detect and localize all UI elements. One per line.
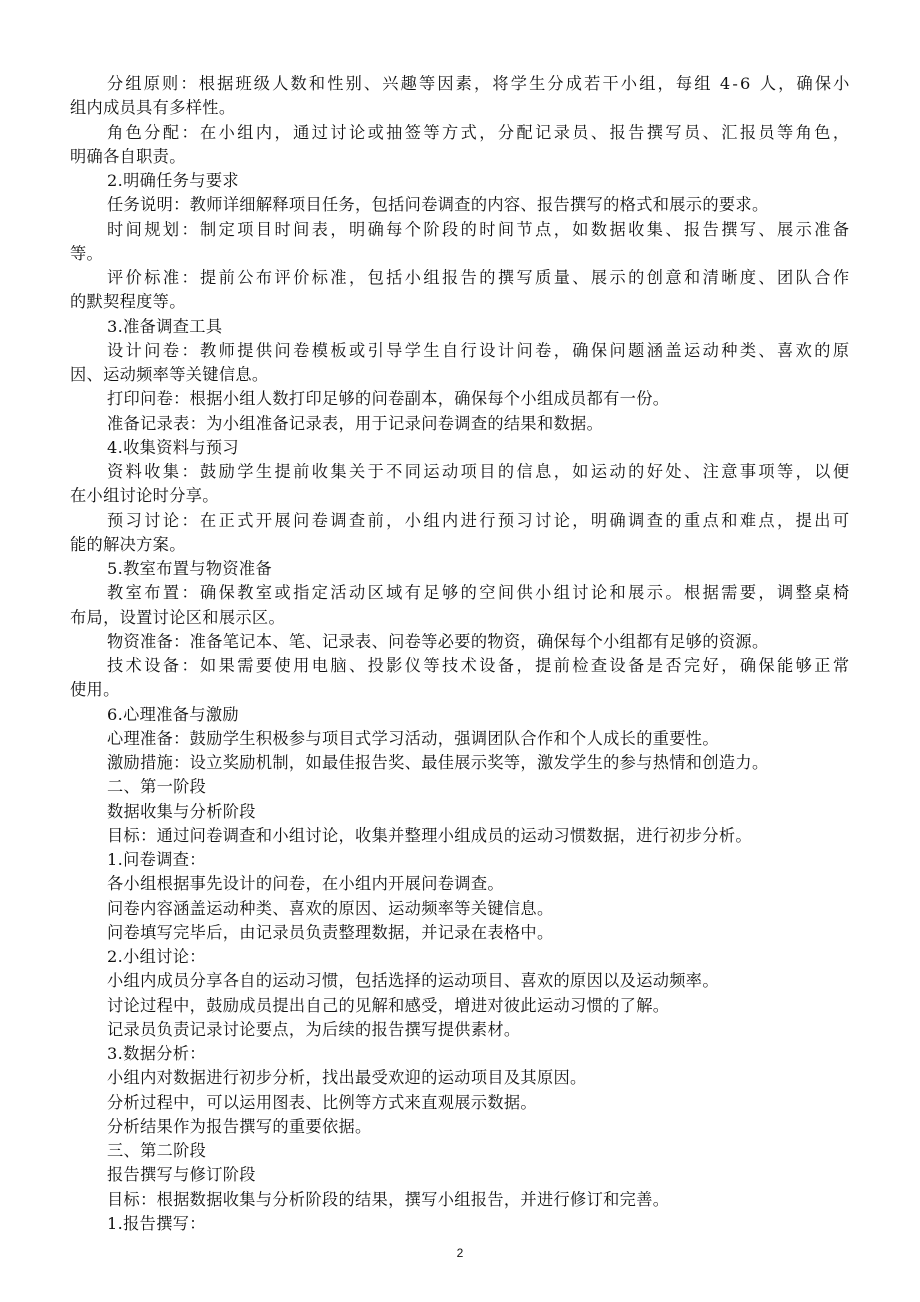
paragraph-line: 打印问卷：根据小组人数打印足够的问卷副本，确保每个小组成员都有一份。 (107, 387, 669, 411)
paragraph-continuation-line: 使用。 (70, 678, 120, 702)
paragraph-line: 分析结果作为报告撰写的重要依据。 (107, 1115, 372, 1139)
paragraph-line: 报告撰写与修订阶段 (107, 1163, 256, 1187)
paragraph-line: 任务说明：教师详细解释项目任务，包括问卷调查的内容、报告撰写的格式和展示的要求。 (107, 193, 769, 217)
paragraph-line: 数据收集与分析阶段 (107, 800, 256, 824)
paragraph-line: 角色分配：在小组内，通过讨论或抽签等方式，分配记录员、报告撰写员、汇报员等角色， (107, 121, 852, 145)
paragraph-continuation-line: 能的解决方案。 (70, 533, 186, 557)
paragraph-line: 5.教室布置与物资准备 (107, 557, 272, 581)
paragraph-line: 4.收集资料与预习 (107, 436, 239, 460)
paragraph-continuation-line: 等。 (70, 242, 103, 266)
paragraph-continuation-line: 在小组讨论时分享。 (70, 484, 219, 508)
paragraph-line: 准备记录表：为小组准备记录表，用于记录问卷调查的结果和数据。 (107, 412, 603, 436)
paragraph-line: 1.问卷调查： (107, 848, 206, 872)
paragraph-continuation-line: 布局，设置讨论区和展示区。 (70, 606, 285, 630)
paragraph-line: 目标：根据数据收集与分析阶段的结果，撰写小组报告，并进行修订和完善。 (107, 1188, 669, 1212)
paragraph-line: 问卷内容涵盖运动种类、喜欢的原因、运动频率等关键信息。 (107, 897, 554, 921)
paragraph-line: 预习讨论：在正式开展问卷调查前，小组内进行预习讨论，明确调查的重点和难点，提出可 (107, 509, 852, 533)
paragraph-line: 心理准备：鼓励学生积极参与项目式学习活动，强调团队合作和个人成长的重要性。 (107, 727, 719, 751)
paragraph-line: 3.数据分析： (107, 1042, 206, 1066)
paragraph-line: 分组原则：根据班级人数和性别、兴趣等因素，将学生分成若干小组，每组 4-6 人，… (107, 72, 852, 96)
paragraph-line: 记录员负责记录讨论要点，为后续的报告撰写提供素材。 (107, 1018, 520, 1042)
paragraph-line: 设计问卷：教师提供问卷模板或引导学生自行设计问卷，确保问题涵盖运动种类、喜欢的原 (107, 339, 852, 363)
paragraph-line: 问卷填写完毕后，由记录员负责整理数据，并记录在表格中。 (107, 921, 554, 945)
paragraph-line: 3.准备调查工具 (107, 315, 222, 339)
paragraph-line: 二、第一阶段 (107, 775, 206, 799)
document-page: 分组原则：根据班级人数和性别、兴趣等因素，将学生分成若干小组，每组 4-6 人，… (0, 0, 920, 1302)
paragraph-line: 教室布置：确保教室或指定活动区域有足够的空间供小组讨论和展示。根据需要，调整桌椅 (107, 581, 852, 605)
paragraph-continuation-line: 因、运动频率等关键信息。 (70, 363, 268, 387)
paragraph-line: 小组内对数据进行初步分析，找出最受欢迎的运动项目及其原因。 (107, 1066, 587, 1090)
paragraph-line: 1.报告撰写： (107, 1212, 206, 1236)
paragraph-line: 目标：通过问卷调查和小组讨论，收集并整理小组成员的运动习惯数据，进行初步分析。 (107, 824, 752, 848)
paragraph-line: 2.明确任务与要求 (107, 169, 239, 193)
paragraph-line: 三、第二阶段 (107, 1139, 206, 1163)
paragraph-continuation-line: 的默契程度等。 (70, 290, 186, 314)
paragraph-line: 2.小组讨论： (107, 945, 206, 969)
paragraph-line: 6.心理准备与激励 (107, 703, 239, 727)
paragraph-line: 技术设备：如果需要使用电脑、投影仪等技术设备，提前检查设备是否完好，确保能够正常 (107, 654, 852, 678)
paragraph-line: 讨论过程中，鼓励成员提出自己的见解和感受，增进对彼此运动习惯的了解。 (107, 994, 669, 1018)
paragraph-line: 各小组根据事先设计的问卷，在小组内开展问卷调查。 (107, 872, 504, 896)
paragraph-line: 激励措施：设立奖励机制，如最佳报告奖、最佳展示奖等，激发学生的参与热情和创造力。 (107, 751, 769, 775)
paragraph-line: 小组内成员分享各自的运动习惯，包括选择的运动项目、喜欢的原因以及运动频率。 (107, 969, 719, 993)
paragraph-continuation-line: 组内成员具有多样性。 (70, 96, 235, 120)
paragraph-line: 时间规划：制定项目时间表，明确每个阶段的时间节点，如数据收集、报告撰写、展示准备 (107, 218, 852, 242)
paragraph-line: 分析过程中，可以运用图表、比例等方式来直观展示数据。 (107, 1091, 537, 1115)
paragraph-line: 物资准备：准备笔记本、笔、记录表、问卷等必要的物资，确保每个小组都有足够的资源。 (107, 630, 769, 654)
paragraph-continuation-line: 明确各自职责。 (70, 145, 186, 169)
page-number: 2 (0, 1246, 920, 1260)
paragraph-line: 评价标准：提前公布评价标准，包括小组报告的撰写质量、展示的创意和清晰度、团队合作 (107, 266, 852, 290)
paragraph-line: 资料收集：鼓励学生提前收集关于不同运动项目的信息，如运动的好处、注意事项等，以便 (107, 460, 852, 484)
